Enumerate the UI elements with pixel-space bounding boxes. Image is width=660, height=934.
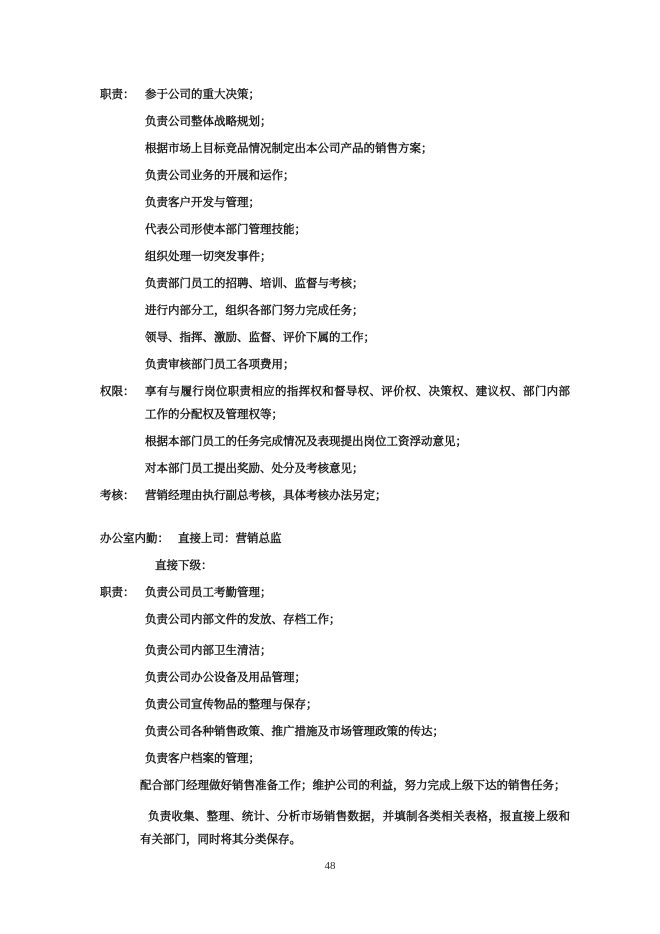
document-line: 办公室内勤：直接上司：营销总监: [100, 528, 570, 551]
line-text: 配合部门经理做好销售准备工作；维护公司的利益，努力完成上级下达的销售任务；: [140, 780, 566, 792]
line-text: 负责收集、整理、统计、分析市场销售数据，并填制各类相关表格，报直接上级和有关部门…: [140, 811, 570, 846]
document-line: 代表公司形使本部门管理技能；: [100, 219, 570, 242]
document-line: 负责公司宣传物品的整理与保存；: [100, 694, 570, 717]
line-label: 办公室内勤：: [100, 533, 169, 545]
document-line: 考核：营销经理由执行副总考核，具体考核办法另定；: [100, 485, 570, 508]
document-line: 负责审核部门员工各项费用；: [100, 354, 570, 377]
document-line: 负责公司整体战略规划；: [100, 111, 570, 134]
line-text: 负责公司业务的开展和运作；: [145, 170, 295, 182]
line-label: 考核：: [100, 485, 135, 508]
line-text: 负责公司员工考勤管理；: [145, 587, 272, 599]
line-text: 营销经理由执行副总考核，具体考核办法另定；: [145, 490, 387, 502]
document-line: 职责：负责公司员工考勤管理；: [100, 582, 570, 605]
line-text: 直接上司：营销总监: [178, 533, 282, 545]
document-line: 进行内部分工，组织各部门努力完成任务；: [100, 300, 570, 323]
document-line: 直接下级：: [100, 555, 570, 578]
document-line: 领导、指挥、激励、监督、评价下属的工作；: [100, 327, 570, 350]
document-line: 负责客户档案的管理；: [100, 748, 570, 771]
document-line: 负责公司内部文件的发放、存档工作；: [100, 609, 570, 632]
line-text: 负责部门员工的招聘、培训、监督与考核；: [145, 278, 364, 290]
line-text: 根据本部门员工的任务完成情况及表现提出岗位工资浮动意见；: [145, 436, 467, 448]
document-line: 负责公司各种销售政策、推广措施及市场管理政策的传达；: [100, 721, 570, 744]
document-line: 根据本部门员工的任务完成情况及表现提出岗位工资浮动意见；: [100, 431, 570, 454]
document-line: 负责客户开发与管理；: [100, 192, 570, 215]
line-text: 负责客户开发与管理；: [145, 197, 260, 209]
page-footer: 48: [0, 860, 660, 872]
document-line: 负责部门员工的招聘、培训、监督与考核；: [100, 273, 570, 296]
line-text: 领导、指挥、激励、监督、评价下属的工作；: [145, 332, 375, 344]
line-text: 负责公司办公设备及用品管理；: [145, 672, 306, 684]
document-line: 职责：参于公司的重大决策；: [100, 84, 570, 107]
line-label: 职责：: [100, 84, 135, 107]
line-text: 负责公司整体战略规划；: [145, 116, 272, 128]
line-text: 负责公司宣传物品的整理与保存；: [145, 699, 318, 711]
document-line: 负责公司办公设备及用品管理；: [100, 667, 570, 690]
document-line: 组织处理一切突发事件；: [100, 246, 570, 269]
document-line: 负责收集、整理、统计、分析市场销售数据，并填制各类相关表格，报直接上级和有关部门…: [100, 806, 570, 852]
document-line: 根据市场上目标竞品情况制定出本公司产品的销售方案；: [100, 138, 570, 161]
line-text: 享有与履行岗位职责相应的指挥权和督导权、评价权、决策权、建议权、部门内部工作的分…: [145, 386, 570, 421]
line-text: 参于公司的重大决策；: [145, 89, 260, 101]
line-text: 负责公司内部文件的发放、存档工作；: [145, 614, 341, 626]
line-text: 直接下级：: [155, 560, 213, 572]
line-text: 进行内部分工，组织各部门努力完成任务；: [145, 305, 364, 317]
document-line: 对本部门员工提出奖励、处分及考核意见；: [100, 458, 570, 481]
line-text: 对本部门员工提出奖励、处分及考核意见；: [145, 463, 364, 475]
document-line: 权限：享有与履行岗位职责相应的指挥权和督导权、评价权、决策权、建议权、部门内部工…: [100, 381, 570, 427]
line-label: 权限：: [100, 381, 135, 404]
line-text: 负责公司内部卫生清洁；: [145, 645, 272, 657]
line-text: 代表公司形使本部门管理技能；: [145, 224, 306, 236]
document-line: 负责公司内部卫生清洁；: [100, 640, 570, 663]
page-number: 48: [325, 860, 336, 872]
line-label: 职责：: [100, 582, 135, 605]
line-text: 负责公司各种销售政策、推广措施及市场管理政策的传达；: [145, 726, 444, 738]
line-text: 根据市场上目标竞品情况制定出本公司产品的销售方案；: [145, 143, 433, 155]
document-body: 职责：参于公司的重大决策；负责公司整体战略规划；根据市场上目标竞品情况制定出本公…: [100, 84, 570, 856]
line-text: 组织处理一切突发事件；: [145, 251, 272, 263]
line-text: 负责审核部门员工各项费用；: [145, 359, 295, 371]
document-page: 职责：参于公司的重大决策；负责公司整体战略规划；根据市场上目标竞品情况制定出本公…: [0, 0, 660, 934]
document-line: 配合部门经理做好销售准备工作；维护公司的利益，努力完成上级下达的销售任务；: [100, 775, 570, 798]
document-line: 负责公司业务的开展和运作；: [100, 165, 570, 188]
line-text: 负责客户档案的管理；: [145, 753, 260, 765]
